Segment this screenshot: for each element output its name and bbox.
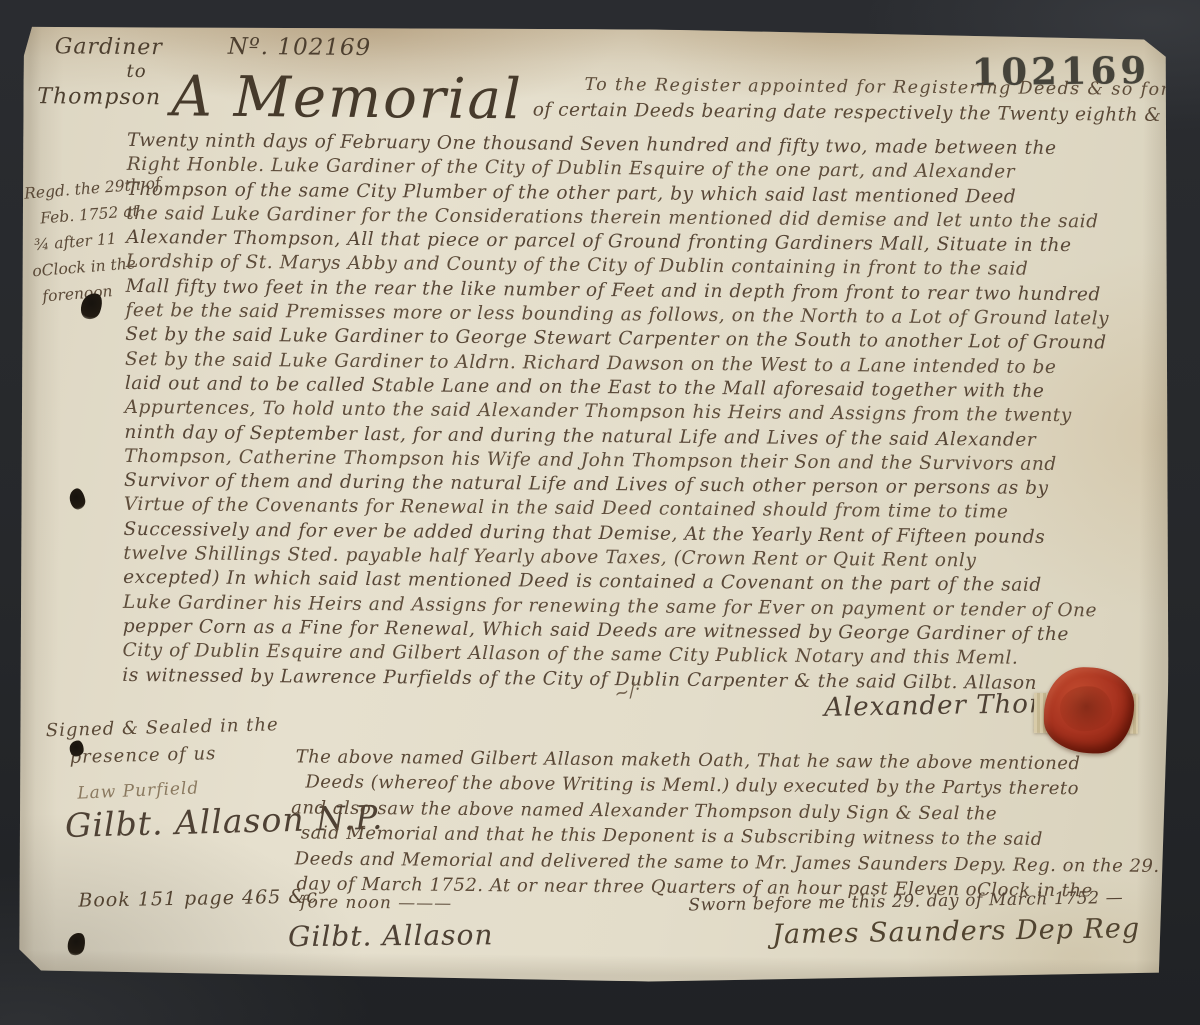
- witness-signature-purfield: Law Purfield: [77, 778, 200, 803]
- docket-grantee: Thompson: [37, 84, 161, 110]
- heading-continuation: of certain Deeds bearing date respective…: [523, 99, 1162, 134]
- deed-body-text: Twenty ninth days of February One thousa…: [122, 129, 1157, 697]
- allason-signature: Gilbt. Allason: [288, 918, 494, 953]
- pen-flourish-mark: ~/·: [612, 678, 643, 705]
- heading-row: A Memorial of certain Deeds bearing date…: [171, 69, 1162, 134]
- memorial-heading: A Memorial: [171, 69, 523, 128]
- affidavit-text: The above named Gilbert Allason maketh O…: [294, 744, 1175, 904]
- docket-connector: to: [126, 61, 146, 82]
- red-wax-seal: [1044, 667, 1135, 754]
- book-page-reference: Book 151 page 465 &c: [78, 885, 318, 911]
- attestation-line-1: Signed & Sealed in the: [46, 714, 279, 741]
- ink-blot: [65, 931, 87, 958]
- deputy-registrar-signature: James Saunders Dep Reg: [772, 913, 1141, 950]
- attestation-line-2: presence of us: [69, 743, 216, 768]
- docket-grantor: Gardiner: [55, 34, 163, 60]
- registration-margin-note: Regd. the 29th ofFeb. 1752 at¾ after 11o…: [23, 169, 183, 310]
- parchment-document: Gardiner to Thompson Nº. 102169 102169 T…: [16, 24, 1174, 986]
- photo-background: { "colors": { "background": "#25272a", "…: [0, 0, 1200, 1025]
- ink-blot: [68, 487, 87, 511]
- forenoon-continuation: fore noon ———: [300, 892, 452, 913]
- registration-number-handwritten: Nº. 102169: [228, 34, 372, 61]
- ink-blot: [70, 740, 84, 756]
